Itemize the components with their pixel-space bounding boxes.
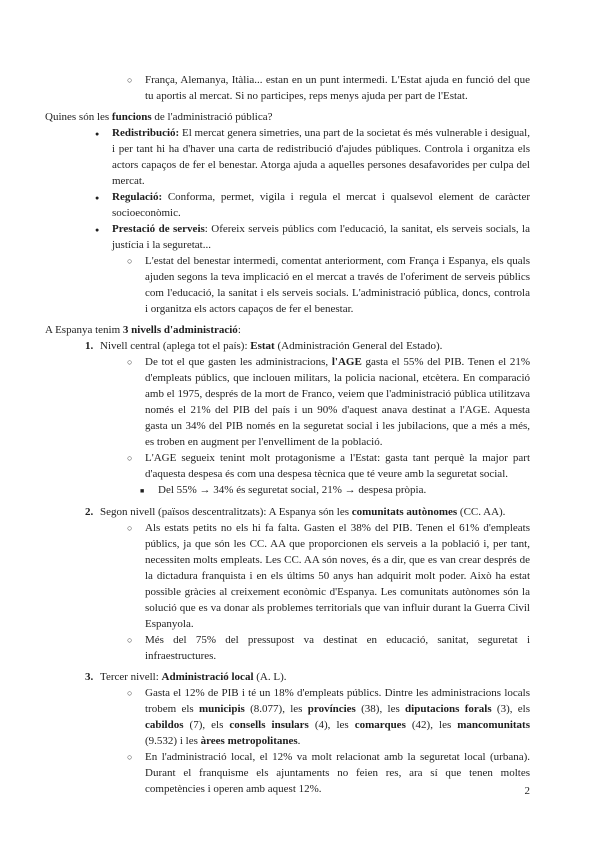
text-content: Prestació de serveis: Ofereix serveis pú… — [112, 221, 530, 253]
text-content: Gasta el 12% de PIB i té un 18% d'emplea… — [145, 685, 530, 749]
circle-marker: ○ — [127, 749, 145, 765]
text-content: De tot el que gasten les administracions… — [145, 354, 530, 450]
text-segment: França, Alemanya, Itàlia... estan en un … — [145, 74, 530, 102]
text-content: Als estats petits no els hi fa falta. Ga… — [145, 520, 530, 632]
text-content: A Espanya tenim 3 nivells d'administraci… — [45, 322, 530, 338]
text-segment: Nivell central (aplega tot el país): — [100, 340, 250, 352]
text-content: Segon nivell (països descentralitzats): … — [100, 504, 530, 520]
disc-marker: ● — [95, 126, 112, 142]
list-item: ○Als estats petits no els hi fa falta. G… — [45, 520, 530, 632]
list-item: 3.Tercer nivell: Administració local (A.… — [45, 669, 530, 685]
disc-marker: ● — [95, 222, 112, 238]
text-segment: (8.077), les — [245, 703, 308, 715]
text-segment: De tot el que gasten les administracions… — [145, 356, 332, 368]
text-segment: (CC. AA). — [457, 506, 505, 518]
text-content: L'estat del benestar intermedi, comentat… — [145, 253, 530, 317]
text-segment: l'AGE — [332, 356, 362, 368]
text-segment: funcions — [112, 111, 152, 123]
text-segment: Estat — [250, 340, 274, 352]
text-segment: (38), les — [356, 703, 405, 715]
text-segment: Conforma, permet, vigila i regula el mer… — [112, 191, 530, 219]
text-segment: Prestació de serveis — [112, 223, 205, 235]
list-item: ○Gasta el 12% de PIB i té un 18% d'emple… — [45, 685, 530, 749]
list-item: ●Prestació de serveis: Ofereix serveis p… — [45, 221, 530, 253]
circle-marker: ○ — [127, 685, 145, 701]
text-content: Del 55% → 34% és seguretat social, 21% →… — [158, 482, 530, 498]
text-content: Nivell central (aplega tot el país): Est… — [100, 338, 530, 354]
circle-marker: ○ — [127, 450, 145, 466]
text-content: Més del 75% del pressupost va destinat e… — [145, 632, 530, 664]
circle-marker: ○ — [127, 253, 145, 269]
list-item: ○L'AGE segueix tenint molt protagonisme … — [45, 450, 530, 482]
circle-marker: ○ — [127, 72, 145, 88]
text-segment: Segon nivell (països descentralitzats): … — [100, 506, 352, 518]
text-content: França, Alemanya, Itàlia... estan en un … — [145, 72, 530, 104]
text-segment: províncies — [308, 703, 356, 715]
square-marker: ■ — [140, 483, 158, 499]
text-segment: A Espanya tenim — [45, 324, 123, 336]
text-content: Regulació: Conforma, permet, vigila i re… — [112, 189, 530, 221]
text-segment: mancomunitats — [457, 719, 530, 731]
number-marker: 1. — [85, 338, 100, 354]
text-segment: (7), els — [184, 719, 230, 731]
circle-marker: ○ — [127, 354, 145, 370]
text-segment: Més del 75% del pressupost va destinat e… — [145, 634, 530, 662]
list-item: ○L'estat del benestar intermedi, comenta… — [45, 253, 530, 317]
list-item: ■Del 55% → 34% és seguretat social, 21% … — [45, 482, 530, 499]
list-item: 2.Segon nivell (països descentralitzats)… — [45, 504, 530, 520]
document-page: ○França, Alemanya, Itàlia... estan en un… — [0, 0, 600, 848]
text-content: En l'administració local, el 12% va molt… — [145, 749, 530, 797]
list-item: ○Més del 75% del pressupost va destinat … — [45, 632, 530, 664]
text-content: L'AGE segueix tenint molt protagonisme a… — [145, 450, 530, 482]
text-segment: L'AGE segueix tenint molt protagonisme a… — [145, 452, 530, 480]
text-content: Tercer nivell: Administració local (A. L… — [100, 669, 530, 685]
list-item: ○França, Alemanya, Itàlia... estan en un… — [45, 72, 530, 104]
text-segment: Tercer nivell: — [100, 671, 162, 683]
list-item: ○De tot el que gasten les administracion… — [45, 354, 530, 450]
number-marker: 2. — [85, 504, 100, 520]
text-segment: Regulació: — [112, 191, 162, 203]
circle-marker: ○ — [127, 520, 145, 536]
text-segment: consells insulars — [229, 719, 308, 731]
text-segment: àrees metropolitanes — [201, 735, 298, 747]
text-segment: cabildos — [145, 719, 184, 731]
number-marker: 3. — [85, 669, 100, 685]
list-item: ●Redistribució: El mercat genera simetri… — [45, 125, 530, 189]
text-segment: municipis — [199, 703, 245, 715]
list-item: ●Regulació: Conforma, permet, vigila i r… — [45, 189, 530, 221]
paragraph: Quines són les funcions de l'administrac… — [45, 109, 530, 125]
text-segment: (Administración General del Estado). — [275, 340, 443, 352]
text-segment: de l'administració pública? — [152, 111, 273, 123]
text-segment: (42), les — [406, 719, 457, 731]
text-segment: En l'administració local, el 12% va molt… — [145, 751, 530, 795]
document-body: ○França, Alemanya, Itàlia... estan en un… — [0, 0, 600, 797]
text-segment: comarques — [355, 719, 406, 731]
text-segment: comunitats autònomes — [352, 506, 457, 518]
text-content: Quines són les funcions de l'administrac… — [45, 109, 530, 125]
text-segment: (A. L). — [254, 671, 287, 683]
text-segment: gasta el 55% del PIB. Tenen el 21% d'emp… — [145, 356, 530, 448]
disc-marker: ● — [95, 190, 112, 206]
text-segment: (9.532) i les — [145, 735, 201, 747]
text-content: Redistribució: El mercat genera simetrie… — [112, 125, 530, 189]
text-segment: Del 55% → 34% és seguretat social, 21% →… — [158, 484, 426, 496]
paragraph: A Espanya tenim 3 nivells d'administraci… — [45, 322, 530, 338]
text-segment: . — [298, 735, 301, 747]
circle-marker: ○ — [127, 632, 145, 648]
text-segment: (4), les — [309, 719, 355, 731]
text-segment: L'estat del benestar intermedi, comentat… — [145, 255, 530, 315]
text-segment: diputacions forals — [405, 703, 492, 715]
text-segment: Administració local — [162, 671, 254, 683]
text-segment: Redistribució: — [112, 127, 179, 139]
text-segment: Quines són les — [45, 111, 112, 123]
text-segment: Als estats petits no els hi fa falta. Ga… — [145, 522, 530, 630]
text-segment: 3 nivells d'administració — [123, 324, 238, 336]
text-segment: : — [238, 324, 241, 336]
list-item: 1.Nivell central (aplega tot el país): E… — [45, 338, 530, 354]
page-number: 2 — [525, 783, 531, 799]
list-item: ○En l'administració local, el 12% va mol… — [45, 749, 530, 797]
text-segment: (3), els — [492, 703, 530, 715]
